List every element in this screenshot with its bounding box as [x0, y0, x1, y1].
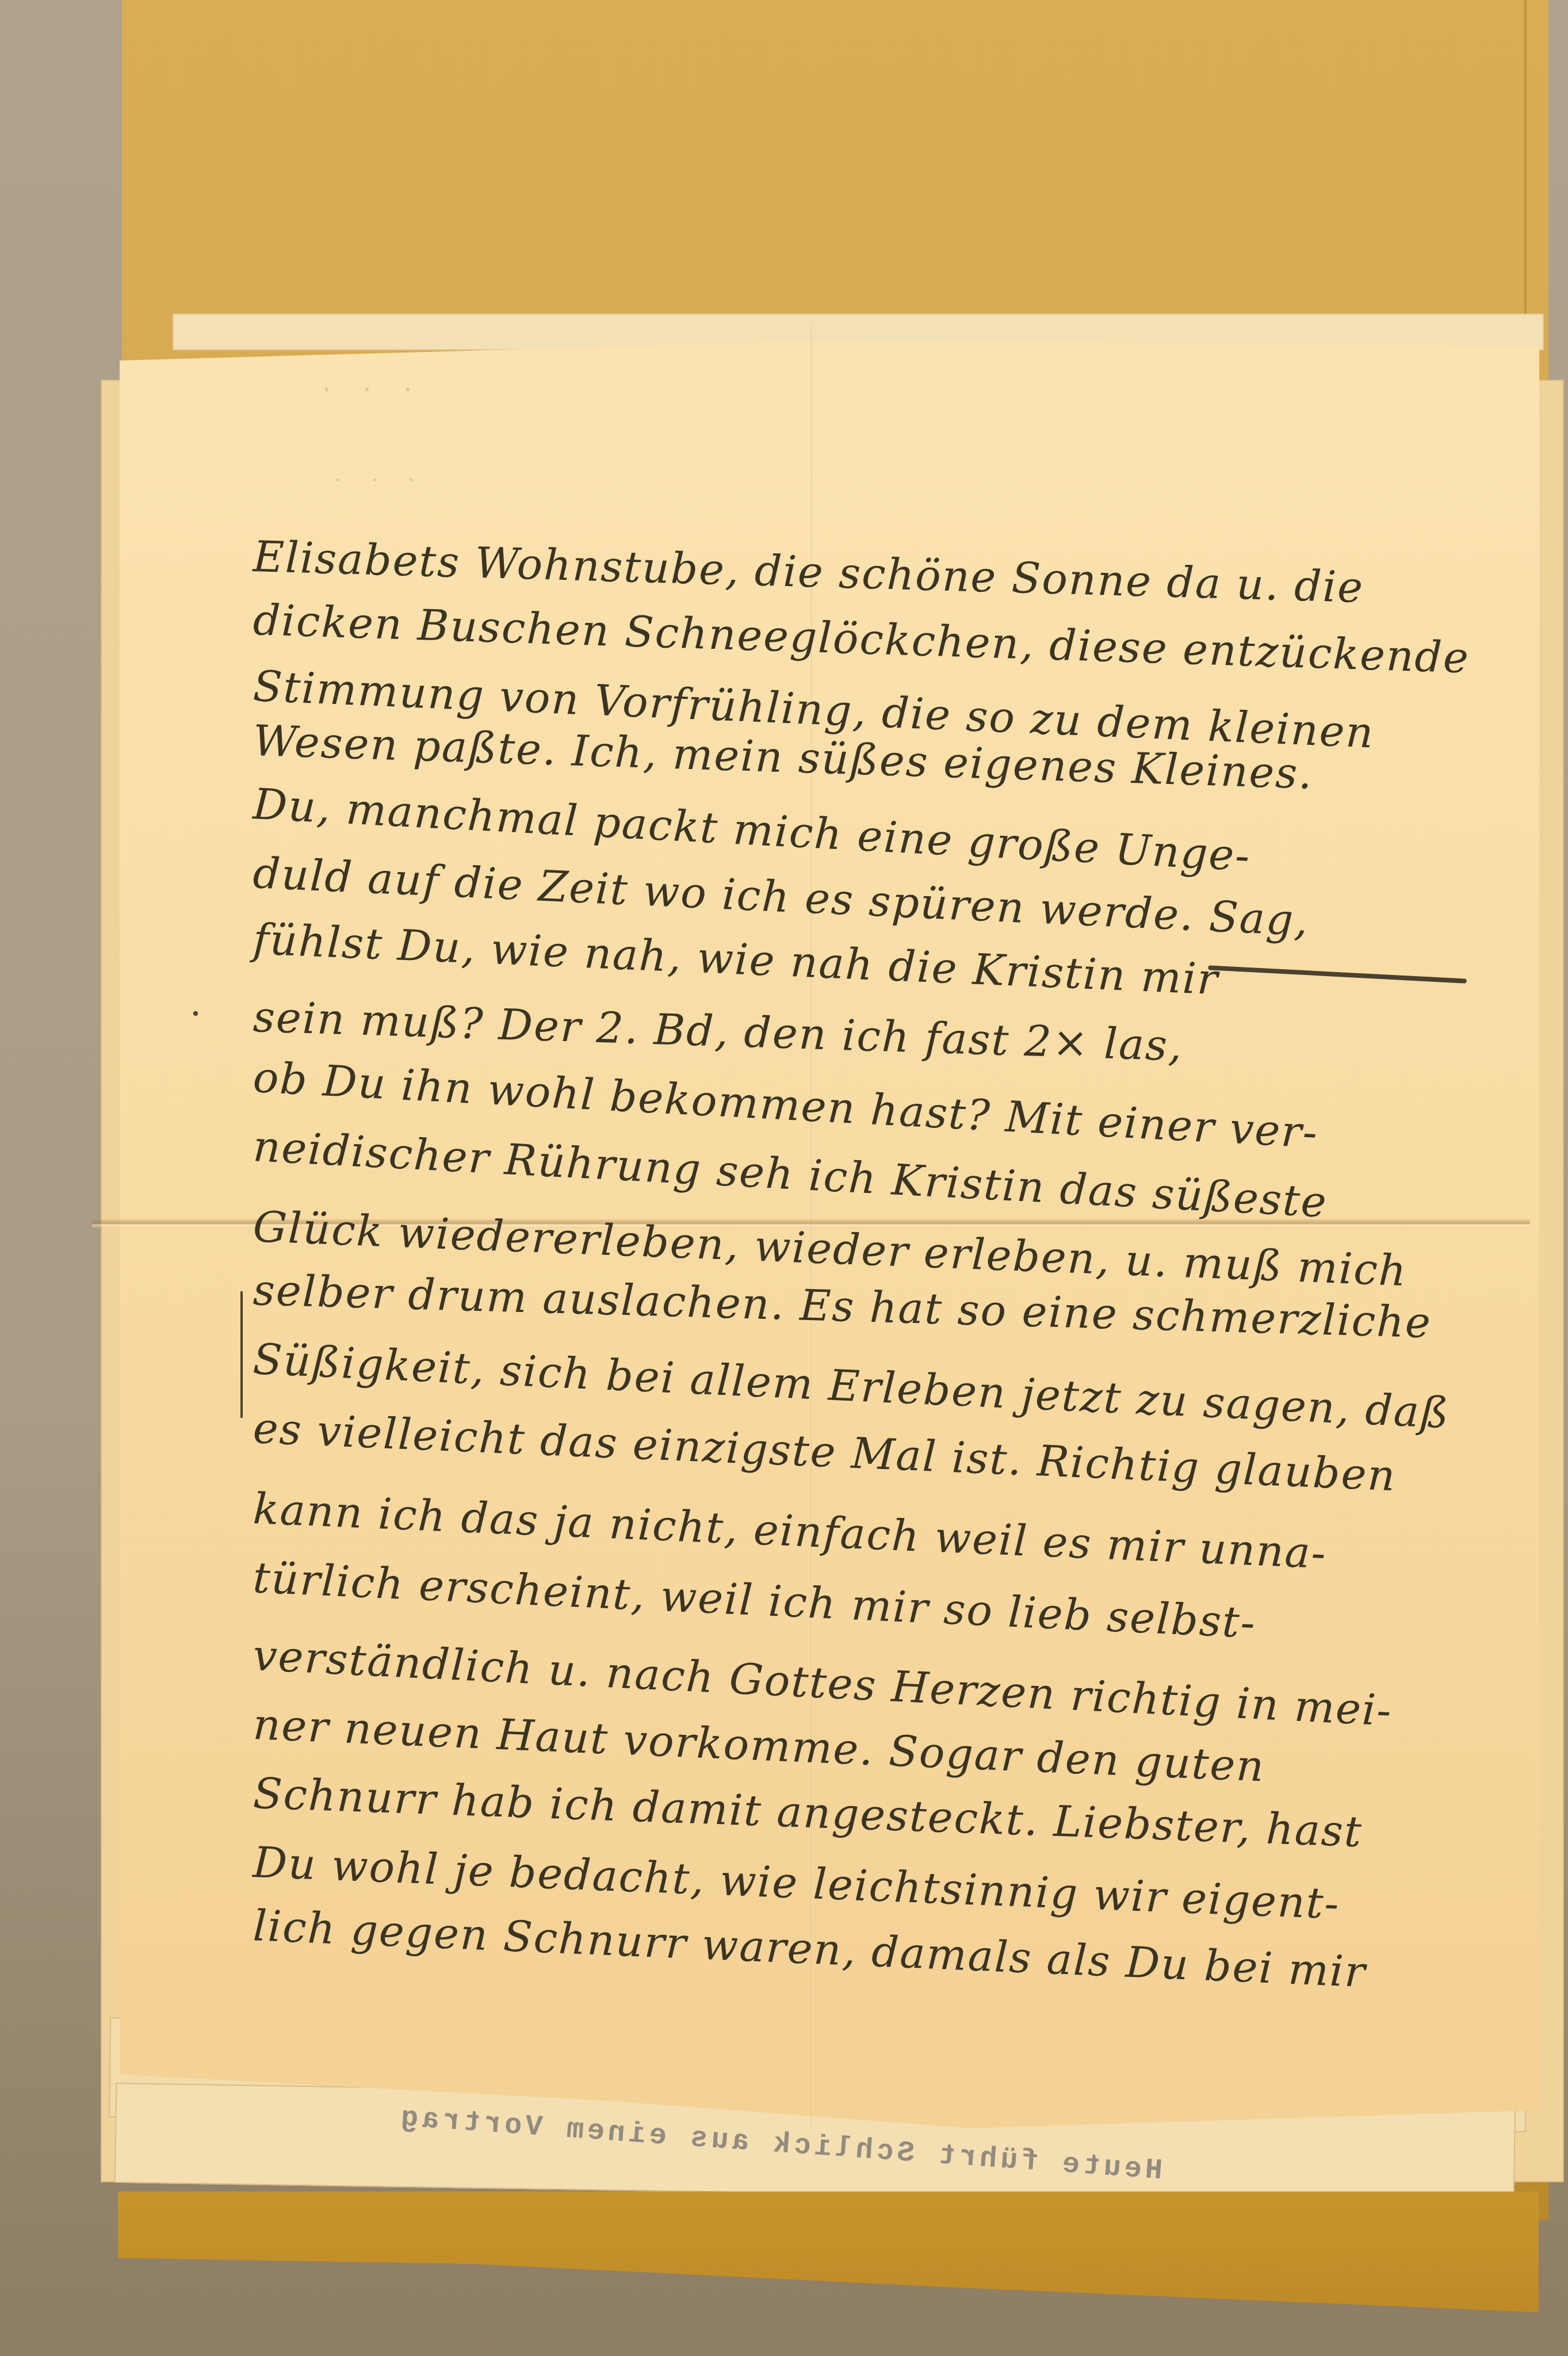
ink-dot: [193, 1011, 198, 1016]
pencil-note: · · ·: [334, 466, 506, 518]
margin-ink-line: [240, 1291, 243, 1418]
pencil-note: · · ·: [322, 374, 564, 437]
